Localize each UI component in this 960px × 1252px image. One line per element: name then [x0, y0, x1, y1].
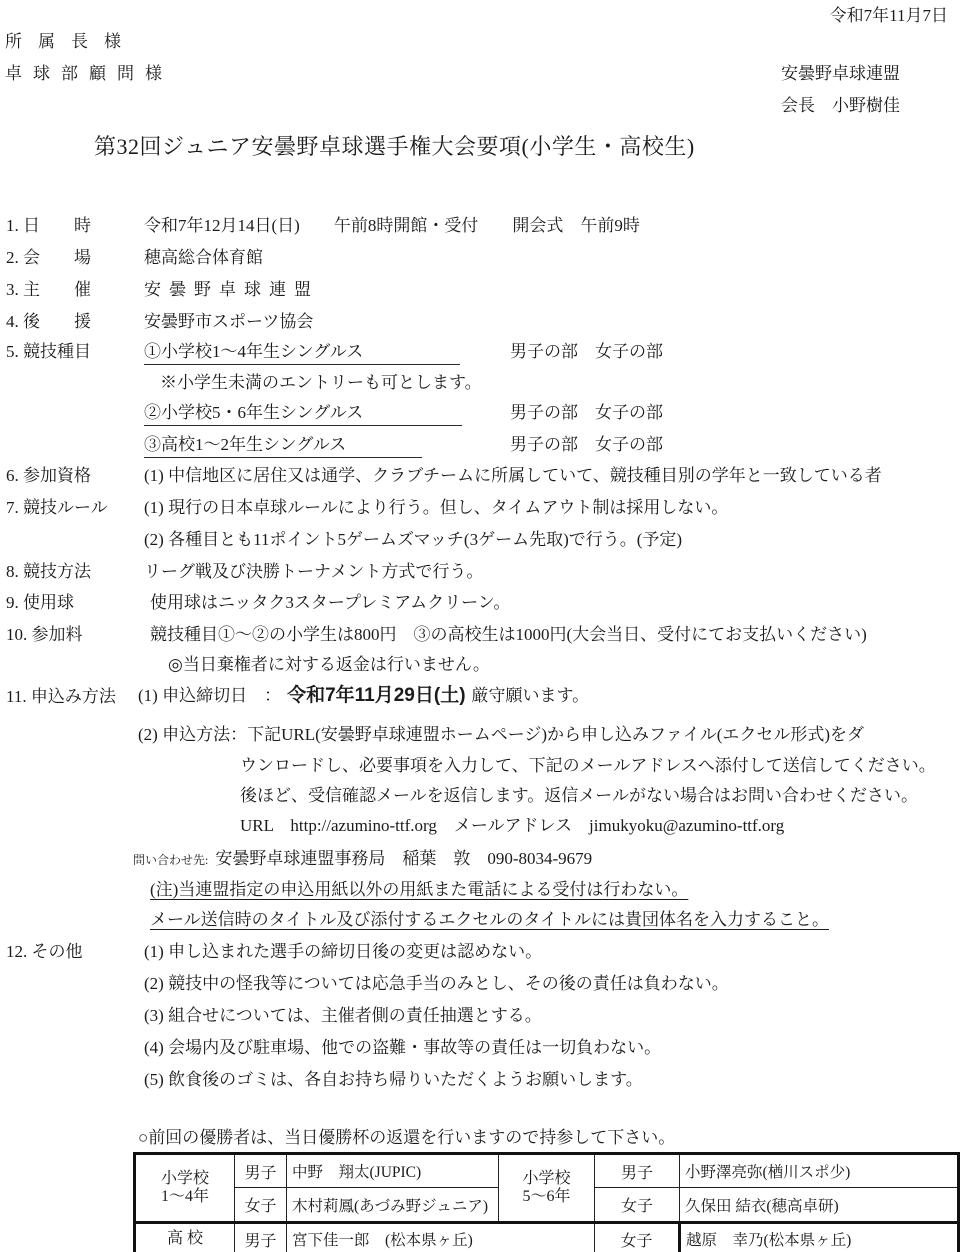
- item-8-text: リーグ戦及び決勝トーナメント方式で行う。: [144, 561, 483, 582]
- item-6-text: (1) 中信地区に居住又は通学、クラブチームに所属していて、競技種目別の学年と一…: [144, 465, 882, 486]
- item-12-line-5: (5) 飲食後のゴミは、各自お持ち帰りいただくようお願いします。: [144, 1069, 643, 1090]
- item-1-text: 令和7年12月14日(日) 午前8時開館・受付 開会式 午前9時: [144, 215, 640, 236]
- gender-girls-1: 女子: [235, 1188, 287, 1223]
- group-elem-high-line2: 5〜6年: [501, 1188, 592, 1206]
- group-highschool: 高 校: [135, 1223, 235, 1252]
- deadline-date: 令和7年11月29日(土): [287, 685, 465, 706]
- document-page: 令和7年11月7日 所属長様 卓球部顧問様 安曇野卓球連盟 会長 小野樹佳 第3…: [0, 0, 960, 1252]
- item-6-label: 6. 参加資格: [6, 465, 91, 486]
- gender-boys-2: 男子: [595, 1154, 680, 1188]
- contact-text: 安曇野卓球連盟事務局 稲葉 敦 090-8034-9679: [215, 849, 592, 868]
- item-9-text: 使用球はニッタク3スタープレミアムクリーン。: [150, 592, 510, 613]
- group-elem-low-line2: 1〜4年: [138, 1188, 232, 1206]
- group-elem-low-line1: 小学校: [138, 1170, 232, 1188]
- winners-table: 小学校 1〜4年 男子 中野 翔太(JUPIC) 小学校 5〜6年 男子 小野澤…: [133, 1152, 960, 1252]
- gender-girls-3: 女子: [595, 1223, 680, 1252]
- winner-highschool-girls: 越原 幸乃(松本県ヶ丘): [680, 1223, 959, 1252]
- item-9-label: 9. 使用球: [6, 592, 74, 613]
- event-2: ②小学校5・6年生シングルス: [144, 402, 462, 426]
- item-12-line-1: (1) 申し込まれた選手の締切日後の変更は認めない。: [144, 941, 542, 962]
- doc-title: 第32回ジュニア安曇野卓球選手権大会要項(小学生・高校生): [94, 133, 695, 161]
- item-3-text: 安曇野卓球連盟: [144, 279, 319, 300]
- group-elem-low: 小学校 1〜4年: [135, 1154, 235, 1223]
- method-line-3: 後ほど、受信確認メールを返信します。返信メールがない場合はお問い合わせください。: [240, 785, 918, 806]
- item-4-label: 4. 後 援: [6, 311, 91, 332]
- method-line-2: ウンロードし、必要事項を入力して、下記のメールアドレスへ添付して送信してください…: [240, 755, 936, 776]
- event-2-text: ②小学校5・6年生シングルス: [144, 402, 462, 426]
- item-4-text: 安曇野市スポーツ協会: [144, 311, 313, 332]
- item-1-label: 1. 日 時: [6, 215, 91, 236]
- item-3-label: 3. 主 催: [6, 279, 91, 300]
- event-1-divisions: 男子の部 女子の部: [510, 341, 663, 362]
- item-7-line-1: (1) 現行の日本卓球ルールにより行う。但し、タイムアウト制は採用しない。: [144, 497, 728, 518]
- winner-elem-low-boys: 中野 翔太(JUPIC): [287, 1154, 499, 1188]
- item-10-line-1: 競技種目①〜②の小学生は800円 ③の高校生は1000円(大会当日、受付にてお支…: [150, 624, 867, 645]
- item-10-line-2: ◎当日棄権者に対する返金は行いません。: [168, 654, 490, 675]
- item-10-label: 10. 参加料: [6, 624, 83, 645]
- winner-elem-high-boys: 小野澤亮弥(楢川スポ少): [680, 1154, 959, 1188]
- deadline-suffix: 厳守願います。: [472, 686, 590, 705]
- item-12-line-3: (3) 組合せについては、主催者側の責任抽選とする。: [144, 1005, 542, 1026]
- item-2-label: 2. 会 場: [6, 247, 91, 268]
- method-line-1: (2) 申込方法：下記URL(安曇野卓球連盟ホームページ)から申し込みファイル(…: [138, 724, 864, 745]
- deadline-prefix: (1) 申込締切日 ：: [138, 686, 281, 705]
- winner-highschool-boys: 宮下佳一郎 (松本県ヶ丘): [287, 1223, 595, 1252]
- group-elem-high: 小学校 5〜6年: [499, 1154, 595, 1223]
- winner-elem-low-girls: 木村莉鳳(あづみ野ジュニア): [287, 1188, 499, 1223]
- event-3-divisions: 男子の部 女子の部: [510, 434, 663, 455]
- contact-label: 問い合わせ先:: [133, 853, 208, 867]
- group-elem-high-line1: 小学校: [501, 1170, 592, 1188]
- event-1-note: ※小学生未満のエントリーも可とします。: [160, 372, 482, 393]
- event-3: ③高校1〜2年生シングルス: [144, 434, 422, 458]
- item-2-text: 穂高総合体育館: [144, 247, 263, 268]
- item-12-line-4: (4) 会場内及び駐車場、他での盗難・事故等の責任は一切負わない。: [144, 1037, 661, 1058]
- recipient-line-1: 所属長様: [5, 31, 137, 52]
- event-1: ①小学校1〜4年生シングルス: [144, 341, 460, 365]
- winner-elem-high-girls: 久保田 結衣(穂高卓研): [680, 1188, 959, 1223]
- issuer-org: 安曇野卓球連盟: [781, 63, 900, 84]
- item-12-label: 12. その他: [6, 941, 83, 962]
- issuer-president: 会長 小野樹佳: [781, 95, 900, 116]
- event-2-divisions: 男子の部 女子の部: [510, 402, 663, 423]
- event-3-text: ③高校1〜2年生シングルス: [144, 434, 422, 458]
- item-8-label: 8. 競技方法: [6, 561, 91, 582]
- gender-girls-2: 女子: [595, 1188, 680, 1223]
- url-line: URL http://azumino-ttf.org メールアドレス jimuk…: [240, 815, 784, 836]
- issue-date: 令和7年11月7日: [830, 5, 948, 26]
- item-5-label: 5. 競技種目: [6, 341, 91, 362]
- item-7-label: 7. 競技ルール: [6, 497, 108, 518]
- contact-line: 問い合わせ先:安曇野卓球連盟事務局 稲葉 敦 090-8034-9679: [133, 848, 592, 869]
- event-1-text: ①小学校1〜4年生シングルス: [144, 341, 460, 365]
- item-7-line-2: (2) 各種目とも11ポイント5ゲームズマッチ(3ゲーム先取)で行う。(予定): [144, 529, 682, 550]
- trophy-note: ○前回の優勝者は、当日優勝杯の返還を行いますので持参して下さい。: [138, 1127, 675, 1148]
- gender-boys-1: 男子: [235, 1154, 287, 1188]
- recipient-line-2: 卓球部顧問様: [5, 63, 173, 84]
- deadline-line: (1) 申込締切日 ：令和7年11月29日(土)厳守願います。: [138, 684, 589, 708]
- item-11-label: 11. 申込み方法: [6, 686, 116, 707]
- gender-boys-3: 男子: [235, 1223, 287, 1252]
- apply-note-2: メール送信時のタイトル及び添付するエクセルのタイトルには貴団体名を入力すること。: [150, 909, 829, 930]
- item-12-line-2: (2) 競技中の怪我等については応急手当のみとし、その後の責任は負わない。: [144, 973, 729, 994]
- apply-note-1: (注)当連盟指定の申込用紙以外の用紙また電話による受付は行わない。: [150, 879, 688, 900]
